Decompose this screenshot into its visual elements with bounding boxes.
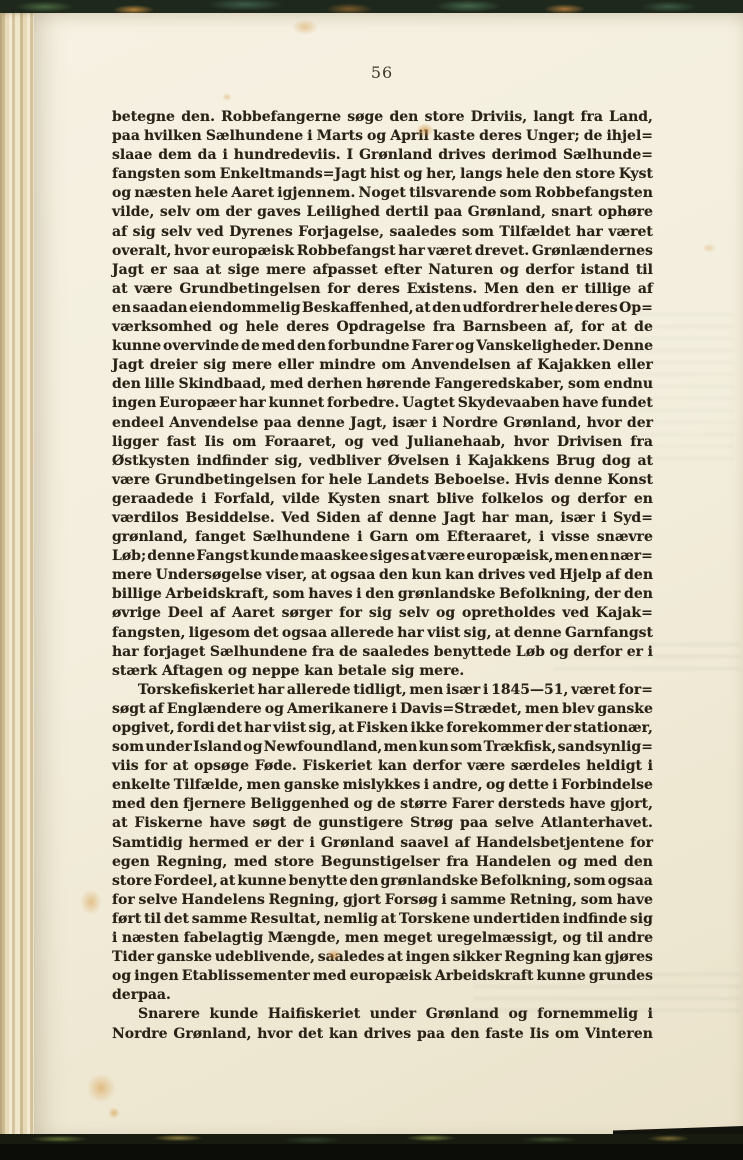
- text-line: JagtdreiersigmereellermindreomAnvendelse…: [112, 356, 653, 375]
- text-line: ensaadaneiendommeligBeskaffenhed,atdenud…: [112, 299, 653, 318]
- text-line: endeelAnvendelsepaadenneJagt,isæriNordre…: [112, 414, 653, 433]
- text-line: SamtidighermederderiGrønlandsaavelafHand…: [112, 834, 653, 853]
- page-text: betegneden.RobbefangernesøgedenstoreDriv…: [112, 108, 653, 1044]
- foxing-stain: [222, 93, 232, 101]
- text-line: vilde,selvomdergavesLeiligheddertilpaaGr…: [112, 203, 653, 222]
- text-line: betegneden.RobbefangernesøgedenstoreDriv…: [112, 108, 653, 127]
- text-line: egenRegning,medstoreBegunstigelserfraHan…: [112, 853, 653, 872]
- text-line: SnarerekundeHaifiskerietunderGrønlandogf…: [112, 1005, 653, 1024]
- book-page: 56 betegneden.RobbefangernesøgedenstoreD…: [34, 13, 743, 1140]
- text-line: opgivet,fordidetharviistsig,atFiskenikke…: [112, 719, 653, 738]
- foxing-stain: [80, 889, 102, 915]
- text-line: væreGrundbetingelsenforheleLandetsBeboel…: [112, 471, 653, 490]
- text-line: derpaa.: [112, 986, 653, 1005]
- text-line: grønland,fangetSælhundeneiGarnomEfteraar…: [112, 528, 653, 547]
- text-line: forselveHandelensRegning,gjortForsøgisam…: [112, 891, 653, 910]
- text-line: harforjagetSælhundenefradesaaledesbenytt…: [112, 643, 653, 662]
- foxing-stain: [292, 19, 318, 35]
- text-line: fangstensomEnkeltmands=Jagthistogher,lan…: [112, 165, 653, 184]
- text-line: somunderIslandogNewfoundland,menkunsomTr…: [112, 738, 653, 757]
- foxing-stain: [108, 1107, 120, 1119]
- text-line: Løb;denneFangstkundemaaskeesigesatværeeu…: [112, 547, 653, 566]
- text-line: værksomhedoghelederesOpdragelsefraBarnsb…: [112, 318, 653, 337]
- text-line: enkelteTilfælde,menganskemislykkesiandre…: [112, 776, 653, 795]
- text-line: denlilleSkindbaad,medderhenhørendeFanger…: [112, 375, 653, 394]
- text-line: meddenfjernereBeliggenhedogdestørreFarer…: [112, 795, 653, 814]
- page-number: 56: [112, 63, 652, 82]
- text-line: slaaedemdaihundredeviis.IGrønlanddrivesd…: [112, 146, 653, 165]
- text-line: førttildetsammeResultat,nemligatTorskene…: [112, 910, 653, 929]
- text-line: ognæstenheleAaretigjennem.Nogettilsvaren…: [112, 184, 653, 203]
- book-photo: 56 betegneden.RobbefangernesøgedenstoreD…: [0, 0, 743, 1160]
- text-line: fangsten,ligesomdetogsaaalleredeharviist…: [112, 624, 653, 643]
- text-line: afsigselvvedDyrenesForjagelse,saaledesso…: [112, 223, 653, 242]
- text-line: stærk Aftagen og neppe kan betale sig me…: [112, 662, 653, 681]
- text-line: liggerfastIisomForaaret,ogvedJulianehaab…: [112, 433, 653, 452]
- text-line: paahvilkenSælhundeneiMartsogAprilkastede…: [112, 127, 653, 146]
- foxing-stain: [86, 1073, 116, 1103]
- text-line: ogingenEtablissementermedeuropæiskArbeid…: [112, 967, 653, 986]
- text-line: storeFordeel,atkunnebenyttedengrønlandsk…: [112, 872, 653, 891]
- text-line: overalt,hvoreuropæiskRobbefangstharværet…: [112, 242, 653, 261]
- marbled-cover-strip: [0, 1134, 743, 1144]
- text-line: JagtersaaatsigemereafpassetefterNatureno…: [112, 261, 653, 280]
- foxing-stain: [702, 243, 716, 253]
- text-line: inæstenfabelagtigMængde,menmegeturegelmæ…: [112, 929, 653, 948]
- text-line: Østkystenindfindersig,vedbliverØvelseniK…: [112, 452, 653, 471]
- text-line: viisforatopsøgeFøde.Fiskerietkanderforvæ…: [112, 757, 653, 776]
- text-line: Torskefiskerietharalleredetidligt,menisæ…: [112, 681, 653, 700]
- text-line: søgtafEnglændereogAmerikanereiDavis=Stræ…: [112, 700, 653, 719]
- book-cover-bottom-edge: [0, 1134, 743, 1160]
- text-line: atFiskernehavesøgtdegunstigereStrøgpaase…: [112, 814, 653, 833]
- text-line: NordreGrønland,hvordetkandrivespaadenfas…: [112, 1025, 653, 1044]
- text-line: mereUndersøgelseviser,atogsaadenkunkandr…: [112, 566, 653, 585]
- text-line: Tiderganskeudeblivende,saaledesatingensi…: [112, 948, 653, 967]
- text-line: øvrigeDeelafAaretsørgerforsigselvogopret…: [112, 604, 653, 623]
- text-line: ingenEuropæerharkunnetforbedre.UagtetSky…: [112, 394, 653, 413]
- text-line: værdilosBesiddelse.VedSidenafdenneJagtha…: [112, 509, 653, 528]
- text-line: geraadedeiForfald,vildeKystensnartblivef…: [112, 490, 653, 509]
- text-line: billigeArbeidskraft,somhavesidengrønland…: [112, 585, 653, 604]
- text-line: atværeGrundbetingelsenforderesExistens.M…: [112, 280, 653, 299]
- text-line: kunneovervindedemeddenforbundneFarerogVa…: [112, 337, 653, 356]
